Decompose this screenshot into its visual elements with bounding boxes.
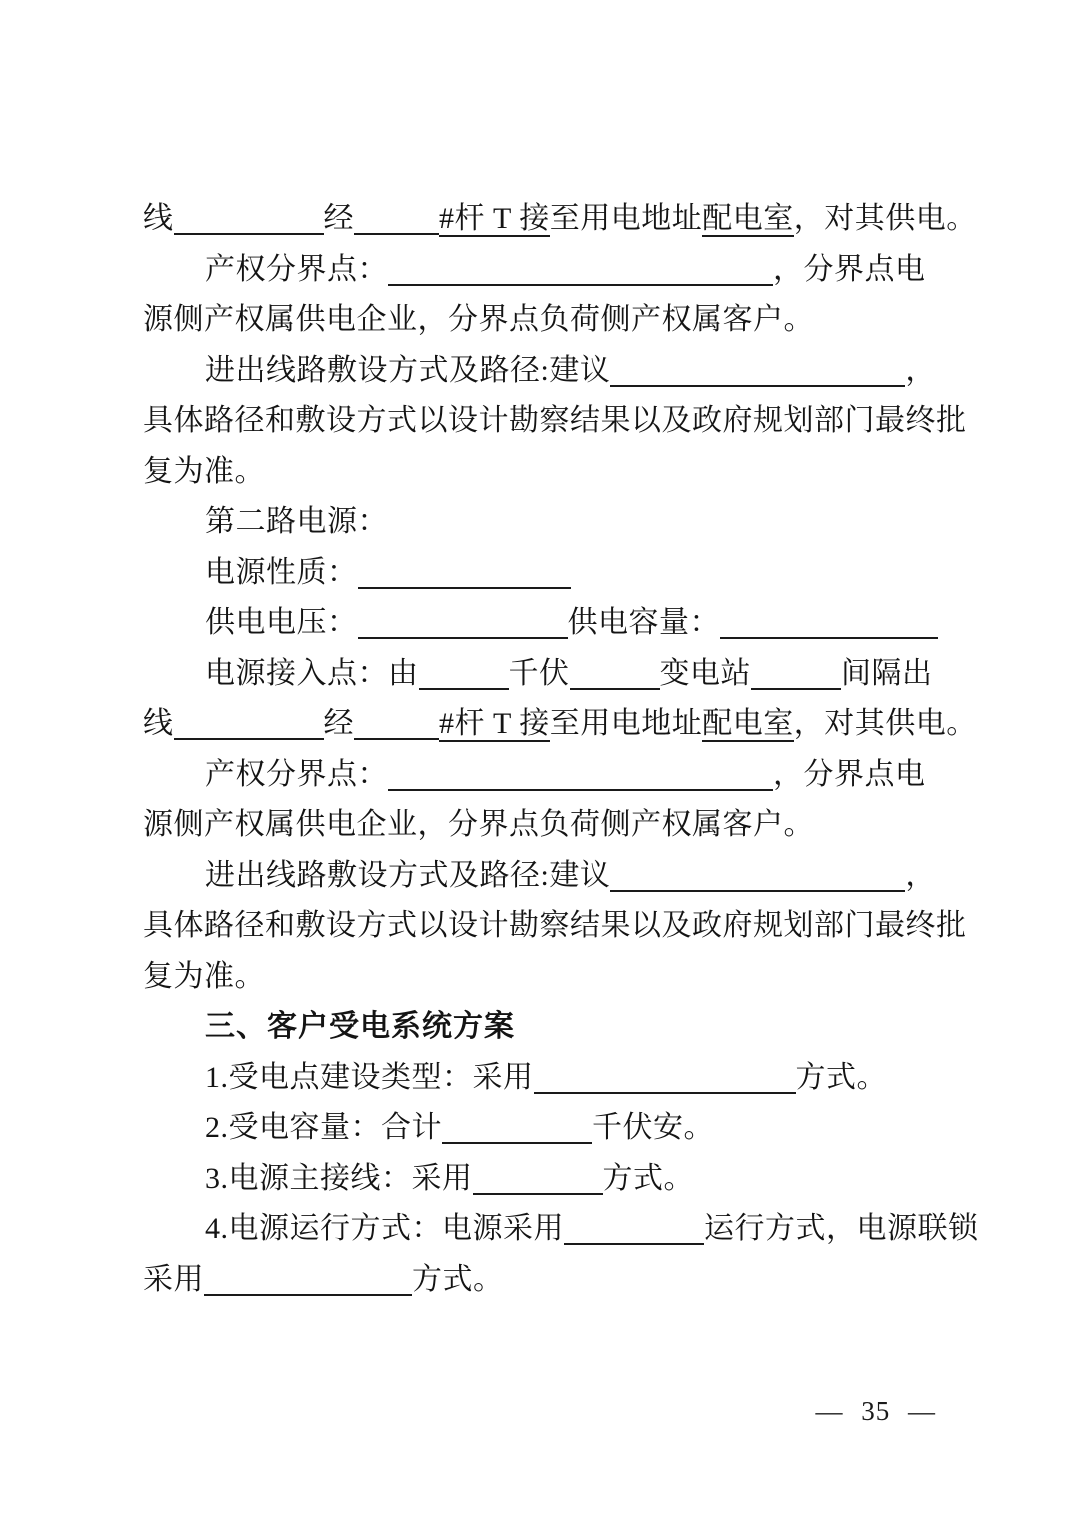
document-body: 线经#杆 T 接至用电地址配电室，对其供电。产权分界点：，分界点电源侧产权属供电… (143, 194, 949, 1305)
text-run: 1.受电点建设类型：采用 (205, 1061, 534, 1094)
text-run: 具体路径和敷设方式以设计勘察结果以及政府规划部门最终批 (143, 404, 967, 437)
blank-field (610, 890, 905, 892)
line-laying-method-2: 进出线路敷设方式及路径:建议， (143, 851, 949, 902)
text-run: 方式。 (412, 1263, 504, 1296)
blank-field (174, 738, 324, 740)
blank-field (564, 1243, 704, 1245)
text-run: 千伏 (509, 657, 570, 690)
text-run: 产权分界点： (205, 758, 388, 791)
item-2-capacity: 2.受电容量：合计千伏安。 (143, 1103, 949, 1154)
line-laying-method-1: 进出线路敷设方式及路径:建议， (143, 346, 949, 397)
text-run: ，分界点电 (773, 758, 926, 791)
underlined-text: #杆 T 接 (439, 707, 550, 742)
item-1-connection-type: 1.受电点建设类型：采用方式。 (143, 1053, 949, 1104)
text-run: 三、客户受电系统方案 (205, 1010, 515, 1043)
document-page: 线经#杆 T 接至用电地址配电室，对其供电。产权分界点：，分界点电源侧产权属供电… (0, 0, 1074, 1520)
underlined-text: 配电室 (702, 202, 794, 237)
blank-field (473, 1193, 603, 1195)
text-run: 变电站 (660, 657, 752, 690)
line-laying-method-2-cont: 具体路径和敷设方式以设计勘察结果以及政府规划部门最终批 (143, 901, 949, 952)
blank-field (442, 1142, 592, 1144)
power-source-nature: 电源性质： (143, 548, 949, 599)
power-access-point-2: 电源接入点：由千伏变电站间隔出 (143, 649, 949, 700)
text-run: 供电容量： (568, 606, 721, 639)
text-run: 复为准。 (143, 960, 265, 993)
text-run: 间隔出 (841, 657, 933, 690)
text-run: 复为准。 (143, 455, 265, 488)
text-run: 方式。 (603, 1162, 695, 1195)
supply-line-route-1: 线经#杆 T 接至用电地址配电室，对其供电。 (143, 194, 949, 245)
text-run: 方式。 (796, 1061, 888, 1094)
blank-field (358, 637, 568, 639)
text-run: 源侧产权属供电企业，分界点负荷侧产权属客户。 (143, 808, 814, 841)
text-run: 运行方式，电源联锁 (704, 1212, 979, 1245)
supply-line-route-2: 线经#杆 T 接至用电地址配电室，对其供电。 (143, 699, 949, 750)
property-boundary-2-cont: 源侧产权属供电企业，分界点负荷侧产权属客户。 (143, 800, 949, 851)
text-run: 第二路电源： (205, 505, 388, 538)
text-run: 经 (324, 707, 355, 740)
blank-field (610, 385, 905, 387)
line-laying-method-1-cont: 具体路径和敷设方式以设计勘察结果以及政府规划部门最终批 (143, 396, 949, 447)
blank-field (419, 688, 509, 690)
text-run: 供电电压： (205, 606, 358, 639)
item-3-main-wiring: 3.电源主接线：采用方式。 (143, 1154, 949, 1205)
text-run: 3.电源主接线：采用 (205, 1162, 473, 1195)
text-run: 产权分界点： (205, 253, 388, 286)
text-run: 线 (143, 202, 174, 235)
property-boundary-2: 产权分界点：，分界点电 (143, 750, 949, 801)
text-run: ， (905, 859, 936, 892)
section-3-heading: 三、客户受电系统方案 (143, 1002, 949, 1053)
text-run: 4.电源运行方式：电源采用 (205, 1212, 564, 1245)
text-run: 至用电地址 (550, 202, 703, 235)
blank-field (570, 688, 660, 690)
blank-field (204, 1294, 412, 1296)
text-run: ，分界点电 (773, 253, 926, 286)
blank-field (720, 637, 938, 639)
blank-field (751, 688, 841, 690)
text-run: 源侧产权属供电企业，分界点负荷侧产权属客户。 (143, 303, 814, 336)
second-power-source-heading: 第二路电源： (143, 497, 949, 548)
line-laying-method-1-end: 复为准。 (143, 447, 949, 498)
text-run: 线 (143, 707, 174, 740)
supply-voltage-capacity: 供电电压：供电容量： (143, 598, 949, 649)
page-number: — 35 — (816, 1396, 937, 1427)
property-boundary-1: 产权分界点：，分界点电 (143, 245, 949, 296)
text-run: 电源性质： (205, 556, 358, 589)
blank-field (388, 789, 773, 791)
blank-field (354, 233, 439, 235)
text-run: 具体路径和敷设方式以设计勘察结果以及政府规划部门最终批 (143, 909, 967, 942)
text-run: ，对其供电。 (794, 707, 977, 740)
text-run: ， (905, 354, 936, 387)
text-run: 进出线路敷设方式及路径:建议 (205, 859, 610, 892)
item-4-operation-mode-cont: 采用方式。 (143, 1255, 949, 1306)
line-laying-method-2-end: 复为准。 (143, 952, 949, 1003)
property-boundary-1-cont: 源侧产权属供电企业，分界点负荷侧产权属客户。 (143, 295, 949, 346)
underlined-text: 配电室 (702, 707, 794, 742)
item-4-operation-mode: 4.电源运行方式：电源采用运行方式，电源联锁 (143, 1204, 949, 1255)
underlined-text: #杆 T 接 (439, 202, 550, 237)
blank-field (174, 233, 324, 235)
text-run: 千伏安。 (592, 1111, 714, 1144)
text-run: 电源接入点：由 (205, 657, 419, 690)
text-run: 进出线路敷设方式及路径:建议 (205, 354, 610, 387)
blank-field (358, 587, 571, 589)
blank-field (354, 738, 439, 740)
text-run: ，对其供电。 (794, 202, 977, 235)
blank-field (388, 284, 773, 286)
text-run: 采用 (143, 1263, 204, 1296)
blank-field (534, 1092, 796, 1094)
text-run: 经 (324, 202, 355, 235)
text-run: 至用电地址 (550, 707, 703, 740)
text-run: 2.受电容量：合计 (205, 1111, 442, 1144)
